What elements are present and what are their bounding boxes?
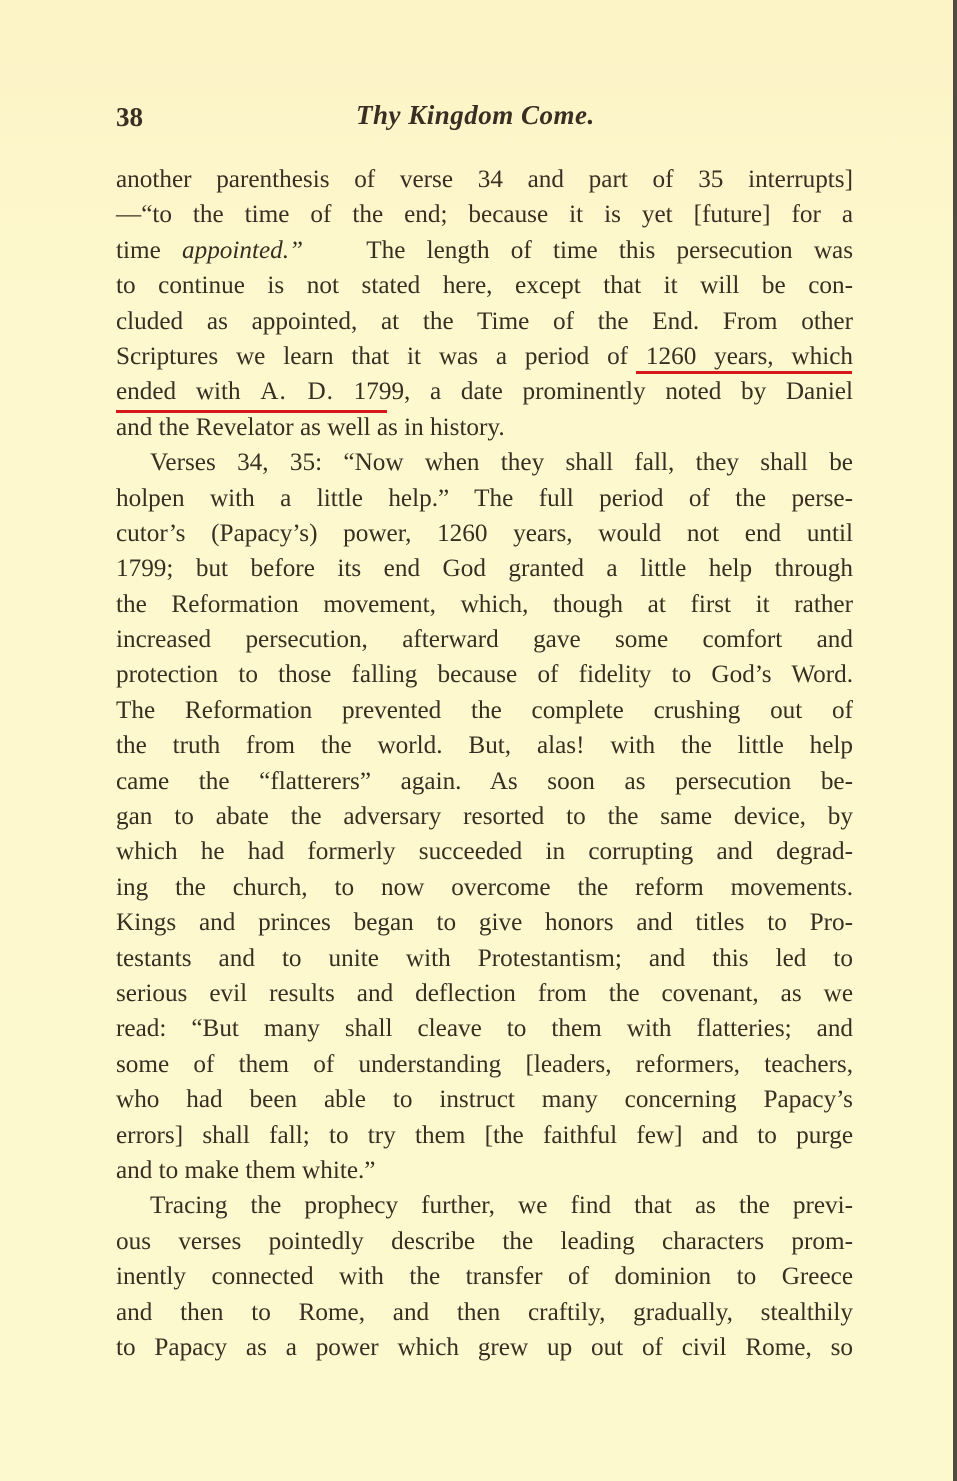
text-line: ended with A. D. 1799, a date prominentl… bbox=[116, 374, 853, 409]
body-text: another parenthesis of verse 34 and part… bbox=[116, 162, 853, 1365]
text-line: Scriptures we learn that it was a period… bbox=[116, 339, 853, 374]
text-line: who had been able to instruct many conce… bbox=[116, 1082, 853, 1117]
text-line: read: “But many shall cleave to them wit… bbox=[116, 1011, 853, 1046]
text-line: increased persecution, afterward gave so… bbox=[116, 622, 853, 657]
text-line: to continue is not stated here, except t… bbox=[116, 268, 853, 303]
running-title: Thy Kingdom Come. bbox=[356, 100, 595, 131]
italic-word-appointed: appointed.” bbox=[182, 237, 303, 264]
text-line: another parenthesis of verse 34 and part… bbox=[116, 162, 853, 197]
text-line: came the “flatterers” again. As soon as … bbox=[116, 764, 853, 799]
text-fragment: time bbox=[116, 237, 161, 264]
text-line: Verses 34, 35: “Now when they shall fall… bbox=[116, 445, 853, 480]
text-line: errors] shall fall; to try them [the fai… bbox=[116, 1118, 853, 1153]
text-line: gan to abate the adversary resorted to t… bbox=[116, 799, 853, 834]
text-line: ing the church, to now overcome the refo… bbox=[116, 870, 853, 905]
text-fragment: ended with bbox=[116, 378, 241, 405]
text-line: The Reformation prevented the complete c… bbox=[116, 693, 853, 728]
text-line: cutor’s (Papacy’s) power, 1260 years, wo… bbox=[116, 516, 853, 551]
page-edge bbox=[953, 0, 957, 1481]
text-line: the truth from the world. But, alas! wit… bbox=[116, 728, 853, 763]
text-line: time appointed.” The length of time this… bbox=[116, 233, 853, 268]
text-line: inently connected with the transfer of d… bbox=[116, 1259, 853, 1294]
text-line: and then to Rome, and then craftily, gra… bbox=[116, 1295, 853, 1330]
book-page: 38 Thy Kingdom Come. another parenthesis… bbox=[0, 0, 953, 1481]
text-line: some of them of understanding [leaders, … bbox=[116, 1047, 853, 1082]
text-line: holpen with a little help.” The full per… bbox=[116, 481, 853, 516]
italic-text: appointed. bbox=[182, 237, 289, 264]
text-line: and to make them white.” bbox=[116, 1153, 853, 1188]
text-line: —“to the time of the end; because it is … bbox=[116, 197, 853, 232]
era-abbreviation: A. D. bbox=[260, 378, 334, 405]
text-line: Kings and princes began to give honors a… bbox=[116, 905, 853, 940]
text-line: 1799; but before its end God granted a l… bbox=[116, 551, 853, 586]
page-number: 38 bbox=[116, 102, 143, 133]
text-line: protection to those falling because of f… bbox=[116, 657, 853, 692]
text-fragment: 1799, a date prominently noted by Daniel bbox=[354, 378, 853, 405]
text-line: ous verses pointedly describe the leadin… bbox=[116, 1224, 853, 1259]
text-line: testants and to unite with Protestantism… bbox=[116, 941, 853, 976]
text-line: to Papacy as a power which grew up out o… bbox=[116, 1330, 853, 1365]
text-line: the Reformation movement, which, though … bbox=[116, 587, 853, 622]
red-underline-2 bbox=[116, 410, 387, 413]
red-underline-1 bbox=[636, 371, 852, 374]
text-fragment: The length of time this persecution was bbox=[366, 237, 853, 264]
text-line: serious evil results and deflection from… bbox=[116, 976, 853, 1011]
text-line: which he had formerly succeeded in corru… bbox=[116, 834, 853, 869]
text-line: cluded as appointed, at the Time of the … bbox=[116, 304, 853, 339]
page-header: 38 Thy Kingdom Come. bbox=[116, 100, 852, 136]
text-line: and the Revelator as well as in history. bbox=[116, 410, 853, 445]
text-line: Tracing the prophecy further, we find th… bbox=[116, 1188, 853, 1223]
